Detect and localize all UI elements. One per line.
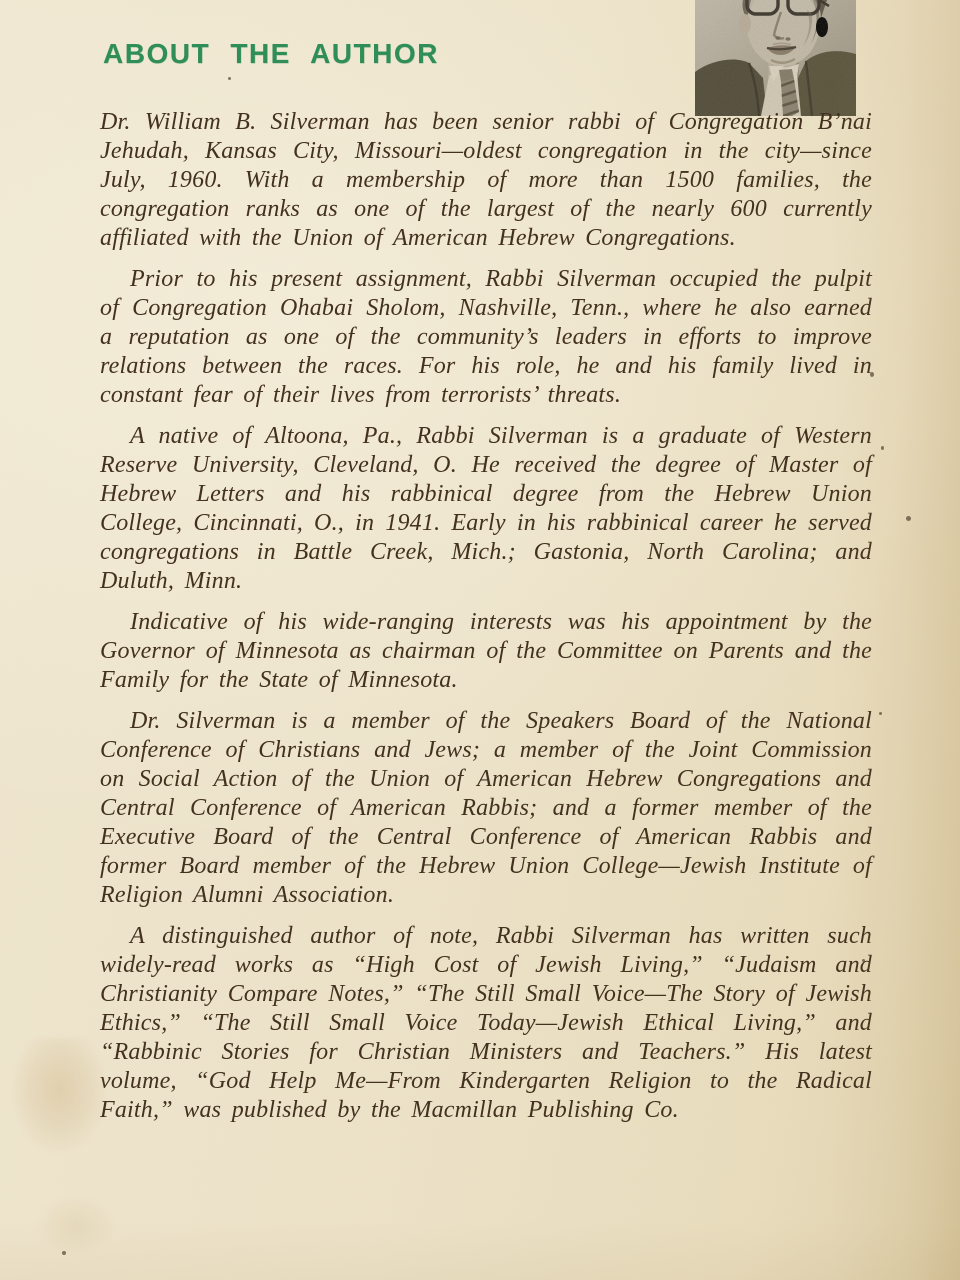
paper-speck (906, 516, 911, 521)
biography-text: Dr. William B. Silverman has been senior… (100, 108, 872, 1137)
about-the-author-heading: ABOUT THE AUTHOR (103, 38, 439, 70)
bio-paragraph-2: Prior to his present assignment, Rabbi S… (100, 265, 872, 410)
page-bottom-shading (0, 1220, 960, 1280)
book-jacket-page: ABOUT THE AUTHOR (0, 0, 960, 1280)
paper-speck (62, 1251, 66, 1255)
paper-stain (12, 1038, 107, 1153)
bio-paragraph-1: Dr. William B. Silverman has been senior… (100, 108, 872, 253)
author-portrait-image (695, 0, 856, 116)
bio-paragraph-5: Dr. Silverman is a member of the Speaker… (100, 707, 872, 910)
bio-paragraph-6: A distinguished author of note, Rabbi Si… (100, 922, 872, 1125)
paper-speck (881, 446, 884, 450)
bio-paragraph-4: Indicative of his wide-ranging interests… (100, 608, 872, 695)
author-photo (695, 0, 856, 116)
paper-speck (228, 77, 231, 80)
paper-speck (879, 712, 882, 715)
paper-stain (36, 1195, 116, 1255)
bio-paragraph-3: A native of Altoona, Pa., Rabbi Silverma… (100, 422, 872, 596)
